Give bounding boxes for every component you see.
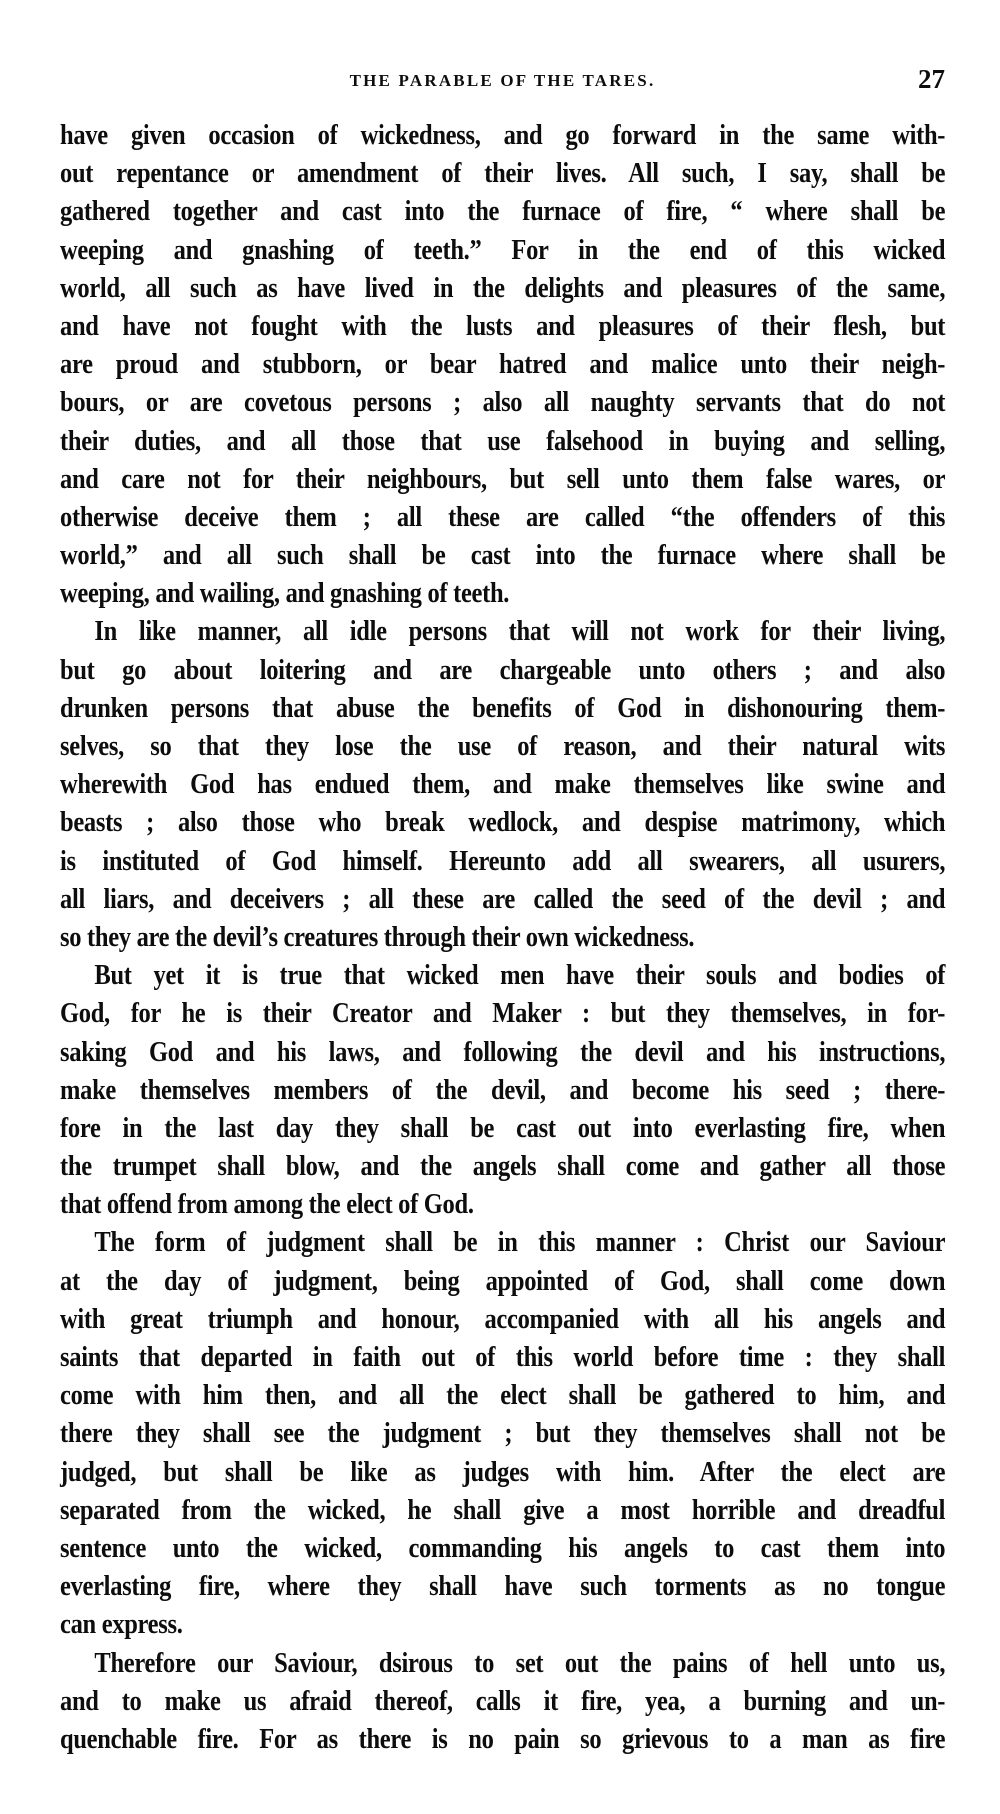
text-line: drunken persons that abuse the benefits … bbox=[60, 690, 945, 728]
text-line: at the day of judgment, being appointed … bbox=[60, 1263, 945, 1301]
text-line: and care not for their neighbours, but s… bbox=[60, 461, 945, 499]
text-line: saking God and his laws, and following t… bbox=[60, 1034, 945, 1072]
text-line: are proud and stubborn, or bear hatred a… bbox=[60, 346, 945, 384]
text-line: have given occasion of wickedness, and g… bbox=[60, 117, 945, 155]
text-line: that offend from among the elect of God. bbox=[60, 1186, 945, 1224]
text-line: otherwise deceive them ; all these are c… bbox=[60, 499, 945, 537]
paragraph: In like manner, all idle persons that wi… bbox=[60, 613, 945, 957]
paragraph: Therefore our Saviour, dsirous to set ou… bbox=[60, 1645, 945, 1760]
text-line: God, for he is their Creator and Maker :… bbox=[60, 995, 945, 1033]
text-line: But yet it is true that wicked men have … bbox=[60, 957, 945, 995]
text-line: weeping and gnashing of teeth.” For in t… bbox=[60, 232, 945, 270]
text-line: beasts ; also those who break wedlock, a… bbox=[60, 804, 945, 842]
page-number: 27 bbox=[918, 64, 945, 94]
text-line: and have not fought with the lusts and p… bbox=[60, 308, 945, 346]
text-line: but go about loitering and are chargeabl… bbox=[60, 652, 945, 690]
text-line: fore in the last day they shall be cast … bbox=[60, 1110, 945, 1148]
paragraph: But yet it is true that wicked men have … bbox=[60, 957, 945, 1224]
text-line: judged, but shall be like as judges with… bbox=[60, 1454, 945, 1492]
text-line: sentence unto the wicked, commanding his… bbox=[60, 1530, 945, 1568]
text-line: their duties, and all those that use fal… bbox=[60, 423, 945, 461]
running-title: THE PARABLE OF THE TARES. bbox=[60, 66, 945, 96]
text-line: come with him then, and all the elect sh… bbox=[60, 1377, 945, 1415]
text-line: selves, so that they lose the use of rea… bbox=[60, 728, 945, 766]
text-line: weeping, and wailing, and gnashing of te… bbox=[60, 575, 945, 613]
text-line: gathered together and cast into the furn… bbox=[60, 193, 945, 231]
text-line: make themselves members of the devil, an… bbox=[60, 1072, 945, 1110]
text-line: so they are the devil’s creatures throug… bbox=[60, 919, 945, 957]
text-line: saints that departed in faith out of thi… bbox=[60, 1339, 945, 1377]
page-body: have given occasion of wickedness, and g… bbox=[60, 117, 945, 1759]
text-line: Therefore our Saviour, dsirous to set ou… bbox=[60, 1645, 945, 1683]
paragraph: The form of judgment shall be in this ma… bbox=[60, 1224, 945, 1644]
text-line: with great triumph and honour, accompani… bbox=[60, 1301, 945, 1339]
text-line: out repentance or amendment of their liv… bbox=[60, 155, 945, 193]
text-line: everlasting fire, where they shall have … bbox=[60, 1568, 945, 1606]
text-line: wherewith God has endued them, and make … bbox=[60, 766, 945, 804]
text-line: and to make us afraid thereof, calls it … bbox=[60, 1683, 945, 1721]
text-line: the trumpet shall blow, and the angels s… bbox=[60, 1148, 945, 1186]
text-line: The form of judgment shall be in this ma… bbox=[60, 1224, 945, 1262]
text-line: bours, or are covetous persons ; also al… bbox=[60, 384, 945, 422]
text-line: separated from the wicked, he shall give… bbox=[60, 1492, 945, 1530]
paragraph: have given occasion of wickedness, and g… bbox=[60, 117, 945, 613]
text-line: can express. bbox=[60, 1606, 945, 1644]
text-line: world,” and all such shall be cast into … bbox=[60, 537, 945, 575]
running-head: THE PARABLE OF THE TARES. 27 bbox=[60, 66, 945, 96]
text-line: quenchable fire. For as there is no pain… bbox=[60, 1721, 945, 1759]
text-line: is instituted of God himself. Hereunto a… bbox=[60, 843, 945, 881]
text-line: In like manner, all idle persons that wi… bbox=[60, 613, 945, 651]
text-line: world, all such as have lived in the del… bbox=[60, 270, 945, 308]
text-line: there they shall see the judgment ; but … bbox=[60, 1415, 945, 1453]
text-line: all liars, and deceivers ; all these are… bbox=[60, 881, 945, 919]
